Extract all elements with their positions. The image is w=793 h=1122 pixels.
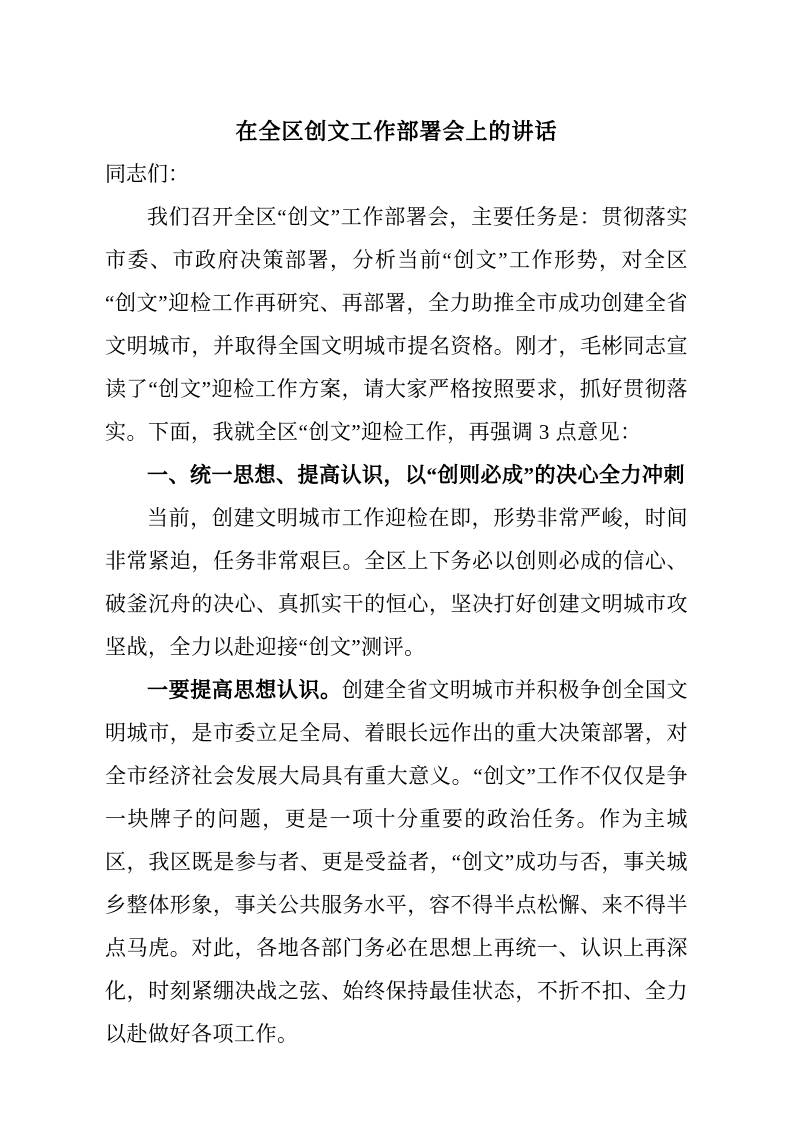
paragraph-point1: 一要提高思想认识。创建全省文明城市并积极争创全国文明城市，是市委立足全局、着眼长… [105,669,688,1056]
paragraph-intro: 我们召开全区“创文”工作部署会，主要任务是：贯彻落实市委、市政府决策部署，分析当… [105,196,688,454]
section-heading-1: 一、统一思想、提高认识，以“创则必成”的决心全力冲刺 [105,454,688,497]
salutation: 同志们： [105,153,688,196]
paragraph-section1: 当前，创建文明城市工作迎检在即，形势非常严峻，时间非常紧迫，任务非常艰巨。全区上… [105,497,688,669]
paragraph-point1-body: 创建全省文明城市并积极争创全国文明城市，是市委立足全局、着眼长远作出的重大决策部… [105,678,688,1046]
document-page: 在全区创文工作部署会上的讲话 同志们： 我们召开全区“创文”工作部署会，主要任务… [0,0,793,1122]
document-title: 在全区创文工作部署会上的讲话 [105,110,688,153]
paragraph-point1-lead: 一要提高思想认识。 [147,678,342,702]
